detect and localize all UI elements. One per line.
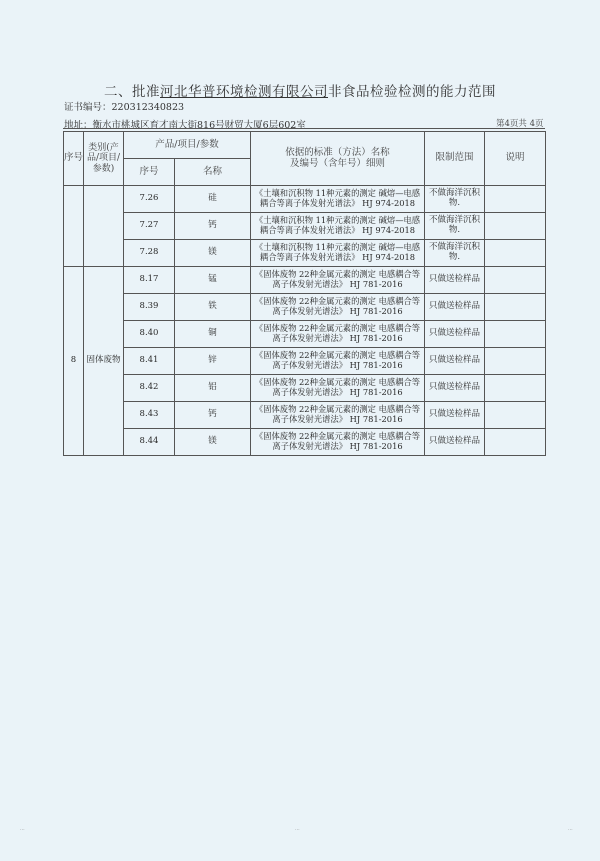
- cert-value: 220312340823: [112, 102, 185, 113]
- table-row: 8.43钙《固体废物 22种金属元素的测定 电感耦合等离子体发射光谱法》 HJ …: [64, 402, 546, 429]
- header-category: 类别(产品/项目/参数): [84, 132, 124, 186]
- item-name: 镁: [175, 429, 251, 456]
- table-row: 8.42铝《固体废物 22种金属元素的测定 电感耦合等离子体发射光谱法》 HJ …: [64, 375, 546, 402]
- item-number: 7.28: [124, 240, 175, 267]
- limit-scope: 只做送检样品: [425, 429, 485, 456]
- table-row: 8.44镁《固体废物 22种金属元素的测定 电感耦合等离子体发射光谱法》 HJ …: [64, 429, 546, 456]
- standard-method: 《土壤和沉积物 11种元素的测定 碱熔—电感耦合等离子体发射光谱法》 HJ 97…: [251, 186, 425, 213]
- item-number: 8.44: [124, 429, 175, 456]
- item-number: 8.40: [124, 321, 175, 348]
- note: [485, 186, 546, 213]
- limit-scope: 只做送检样品: [425, 402, 485, 429]
- header-seq: 序号: [64, 132, 84, 186]
- address-value: 衡水市桃城区育才南大街816号财贸大厦6层602室: [93, 120, 306, 131]
- header-limit: 限制范围: [425, 132, 485, 186]
- note: [485, 240, 546, 267]
- note: [485, 321, 546, 348]
- note: [485, 402, 546, 429]
- table-row: 8.41锌《固体废物 22种金属元素的测定 电感耦合等离子体发射光谱法》 HJ …: [64, 348, 546, 375]
- limit-scope: 只做送检样品: [425, 348, 485, 375]
- item-name: 硅: [175, 186, 251, 213]
- item-number: 7.26: [124, 186, 175, 213]
- footer-mark-right: ···: [568, 827, 573, 833]
- item-name: 钙: [175, 213, 251, 240]
- standard-method: 《固体废物 22种金属元素的测定 电感耦合等离子体发射光谱法》 HJ 781-2…: [251, 321, 425, 348]
- standard-method: 《固体废物 22种金属元素的测定 电感耦合等离子体发射光谱法》 HJ 781-2…: [251, 267, 425, 294]
- group-seq: [64, 186, 84, 267]
- note: [485, 429, 546, 456]
- item-name: 铜: [175, 321, 251, 348]
- table-row: 7.27钙《土壤和沉积物 11种元素的测定 碱熔—电感耦合等离子体发射光谱法》 …: [64, 213, 546, 240]
- limit-scope: 不做海洋沉积物.: [425, 213, 485, 240]
- item-number: 8.39: [124, 294, 175, 321]
- item-name: 铁: [175, 294, 251, 321]
- note: [485, 267, 546, 294]
- limit-scope: 不做海洋沉积物.: [425, 186, 485, 213]
- item-name: 锰: [175, 267, 251, 294]
- title-suffix: 非食品检验检测的能力范围: [328, 84, 496, 100]
- item-name: 钙: [175, 402, 251, 429]
- table-row: 7.26硅《土壤和沉积物 11种元素的测定 碱熔—电感耦合等离子体发射光谱法》 …: [64, 186, 546, 213]
- limit-scope: 只做送检样品: [425, 375, 485, 402]
- header-sub-seq: 序号: [124, 159, 175, 186]
- cert-label: 证书编号：: [64, 102, 112, 113]
- footer-mark-center: ···: [295, 827, 300, 833]
- group-category: 固体废物: [84, 267, 124, 456]
- standard-method: 《土壤和沉积物 11种元素的测定 碱熔—电感耦合等离子体发射光谱法》 HJ 97…: [251, 213, 425, 240]
- header-note: 说明: [485, 132, 546, 186]
- standard-method: 《固体废物 22种金属元素的测定 电感耦合等离子体发射光谱法》 HJ 781-2…: [251, 348, 425, 375]
- table-row: 8.40铜《固体废物 22种金属元素的测定 电感耦合等离子体发射光谱法》 HJ …: [64, 321, 546, 348]
- certificate-number: 证书编号：220312340823: [64, 99, 184, 113]
- item-number: 7.27: [124, 213, 175, 240]
- title-prefix: 二、批准: [104, 84, 160, 100]
- item-number: 8.17: [124, 267, 175, 294]
- standard-method: 《固体废物 22种金属元素的测定 电感耦合等离子体发射光谱法》 HJ 781-2…: [251, 429, 425, 456]
- group-category: [84, 186, 124, 267]
- document-title: 二、批准河北华普环境检测有限公司非食品检验检测的能力范围: [0, 80, 600, 100]
- limit-scope: 只做送检样品: [425, 294, 485, 321]
- header-standard: 依据的标准（方法）名称及编号（含年号）细则: [251, 132, 425, 186]
- footer-mark-left: ···: [20, 827, 25, 833]
- standard-method: 《固体废物 22种金属元素的测定 电感耦合等离子体发射光谱法》 HJ 781-2…: [251, 375, 425, 402]
- standard-method: 《固体废物 22种金属元素的测定 电感耦合等离子体发射光谱法》 HJ 781-2…: [251, 294, 425, 321]
- company-name: 河北华普环境检测有限公司: [160, 84, 328, 100]
- item-name: 镁: [175, 240, 251, 267]
- limit-scope: 不做海洋沉积物.: [425, 240, 485, 267]
- address-label: 地址：: [64, 120, 93, 131]
- item-number: 8.43: [124, 402, 175, 429]
- header-rule: [63, 128, 545, 129]
- table-row: 7.28镁《土壤和沉积物 11种元素的测定 碱熔—电感耦合等离子体发射光谱法》 …: [64, 240, 546, 267]
- limit-scope: 只做送检样品: [425, 267, 485, 294]
- group-seq: 8: [64, 267, 84, 456]
- note: [485, 294, 546, 321]
- item-number: 8.41: [124, 348, 175, 375]
- header-product-group: 产品/项目/参数: [124, 132, 251, 159]
- table-row: 8固体废物8.17锰《固体废物 22种金属元素的测定 电感耦合等离子体发射光谱法…: [64, 267, 546, 294]
- capability-table: 序号 类别(产品/项目/参数) 产品/项目/参数 依据的标准（方法）名称及编号（…: [63, 131, 546, 456]
- header-sub-name: 名称: [175, 159, 251, 186]
- item-name: 锌: [175, 348, 251, 375]
- table-row: 8.39铁《固体废物 22种金属元素的测定 电感耦合等离子体发射光谱法》 HJ …: [64, 294, 546, 321]
- note: [485, 348, 546, 375]
- note: [485, 375, 546, 402]
- note: [485, 213, 546, 240]
- standard-method: 《土壤和沉积物 11种元素的测定 碱熔—电感耦合等离子体发射光谱法》 HJ 97…: [251, 240, 425, 267]
- standard-method: 《固体废物 22种金属元素的测定 电感耦合等离子体发射光谱法》 HJ 781-2…: [251, 402, 425, 429]
- item-number: 8.42: [124, 375, 175, 402]
- limit-scope: 只做送检样品: [425, 321, 485, 348]
- item-name: 铝: [175, 375, 251, 402]
